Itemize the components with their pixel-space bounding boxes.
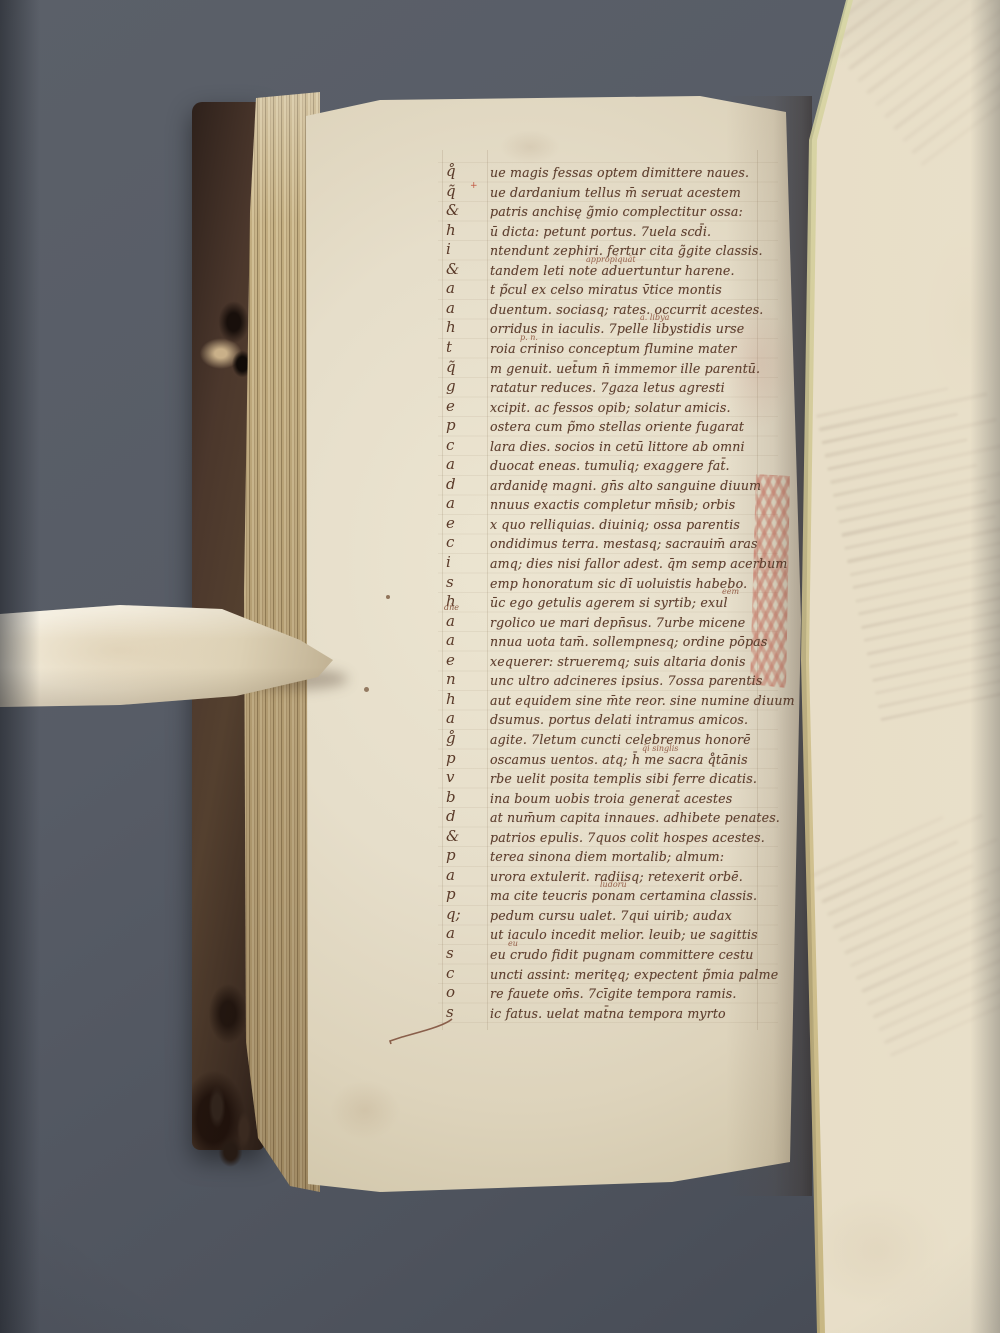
manuscript-photo-scene: q̊ue magis fessas optem dimittere naues.…: [0, 0, 1000, 1333]
gutter-shadow: [726, 96, 812, 1196]
